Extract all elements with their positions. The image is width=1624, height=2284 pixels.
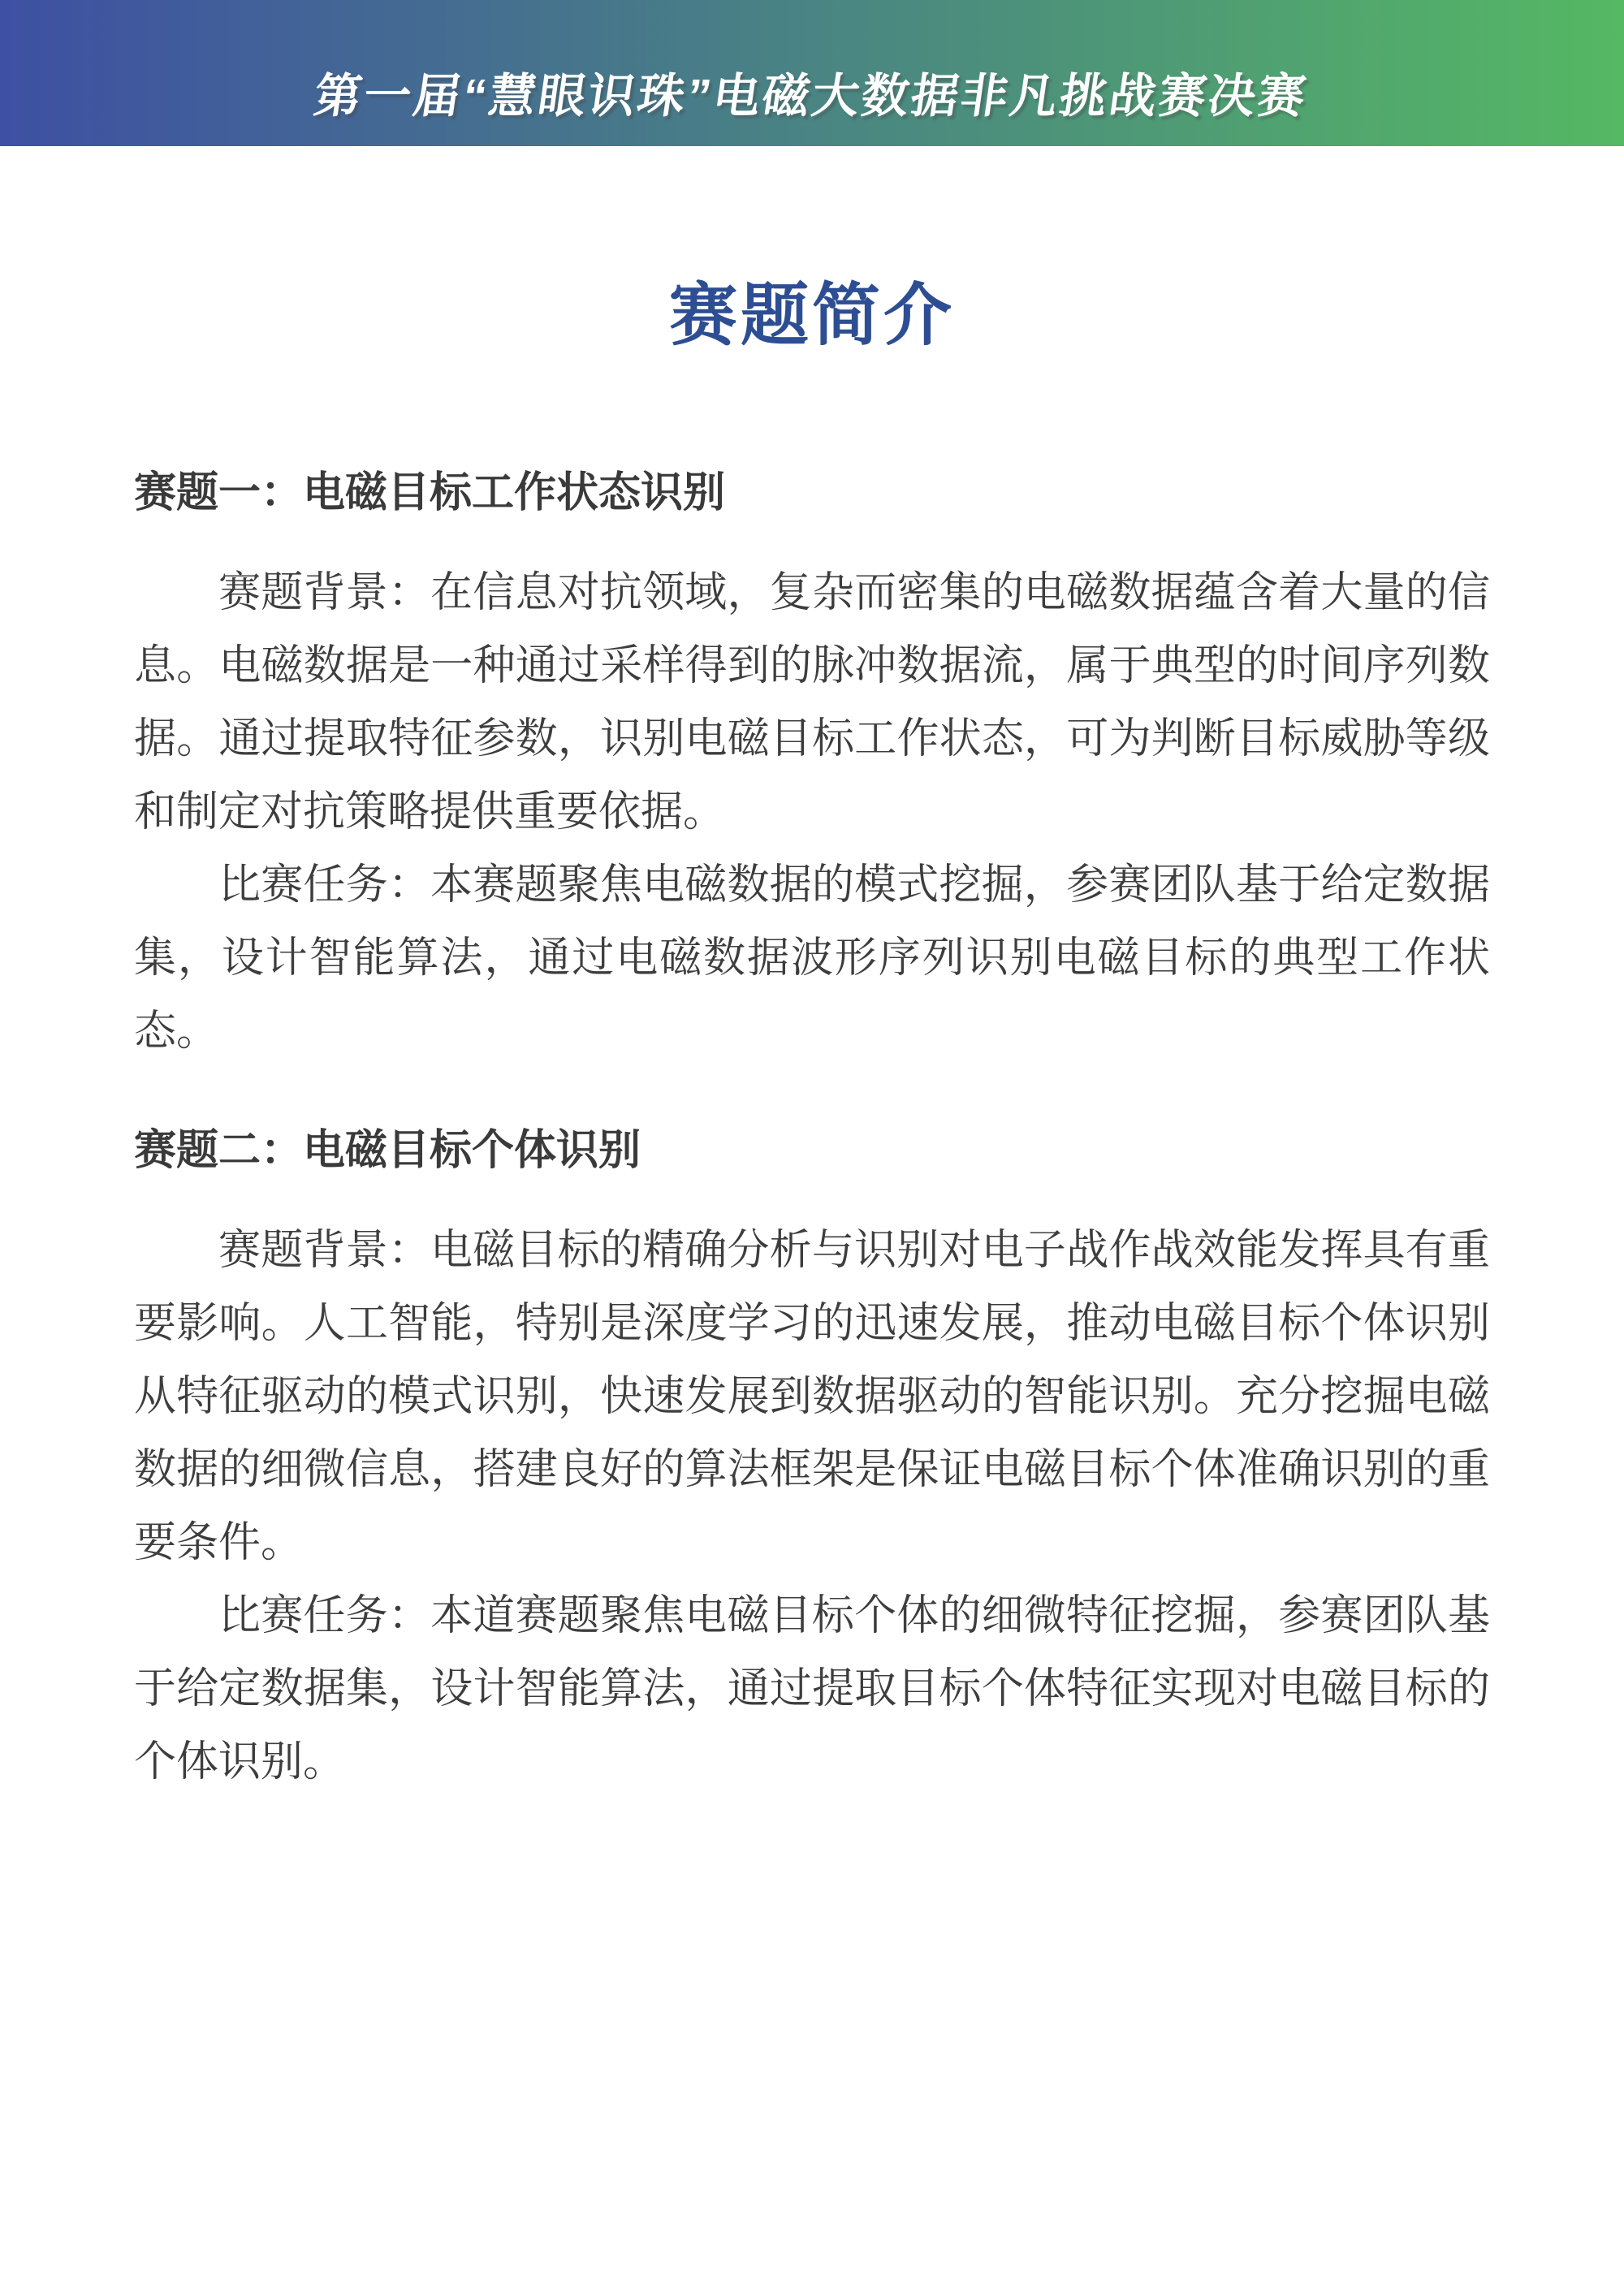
section-topic-2: 赛题二：电磁目标个体识别 赛题背景：电磁目标的精确分析与识别对电子战作战效能发挥… [134,1125,1490,1798]
section-2-paragraph-task: 比赛任务：本道赛题聚焦电磁目标个体的细微特征挖掘，参赛团队基于给定数据集，设计智… [134,1579,1490,1798]
section-topic-1: 赛题一：电磁目标工作状态识别 赛题背景：在信息对抗领域，复杂而密集的电磁数据蕴含… [134,467,1490,1068]
document-page: 第一届“慧眼识珠”电磁大数据非凡挑战赛决赛 赛题简介 赛题一：电磁目标工作状态识… [0,0,1624,1798]
page-title: 赛题简介 [134,276,1490,355]
section-2-heading: 赛题二：电磁目标个体识别 [134,1125,1490,1177]
section-1-heading: 赛题一：电磁目标工作状态识别 [134,467,1490,520]
section-1-paragraph-background: 赛题背景：在信息对抗领域，复杂而密集的电磁数据蕴含着大量的信息。电磁数据是一种通… [134,556,1490,848]
document-body: 赛题简介 赛题一：电磁目标工作状态识别 赛题背景：在信息对抗领域，复杂而密集的电… [0,276,1624,1798]
header-banner: 第一届“慧眼识珠”电磁大数据非凡挑战赛决赛 [0,0,1624,146]
banner-title: 第一届“慧眼识珠”电磁大数据非凡挑战赛决赛 [311,58,1314,126]
section-2-paragraph-background: 赛题背景：电磁目标的精确分析与识别对电子战作战效能发挥具有重要影响。人工智能，特… [134,1214,1490,1579]
section-1-paragraph-task: 比赛任务：本赛题聚焦电磁数据的模式挖掘，参赛团队基于给定数据集，设计智能算法，通… [134,848,1490,1068]
